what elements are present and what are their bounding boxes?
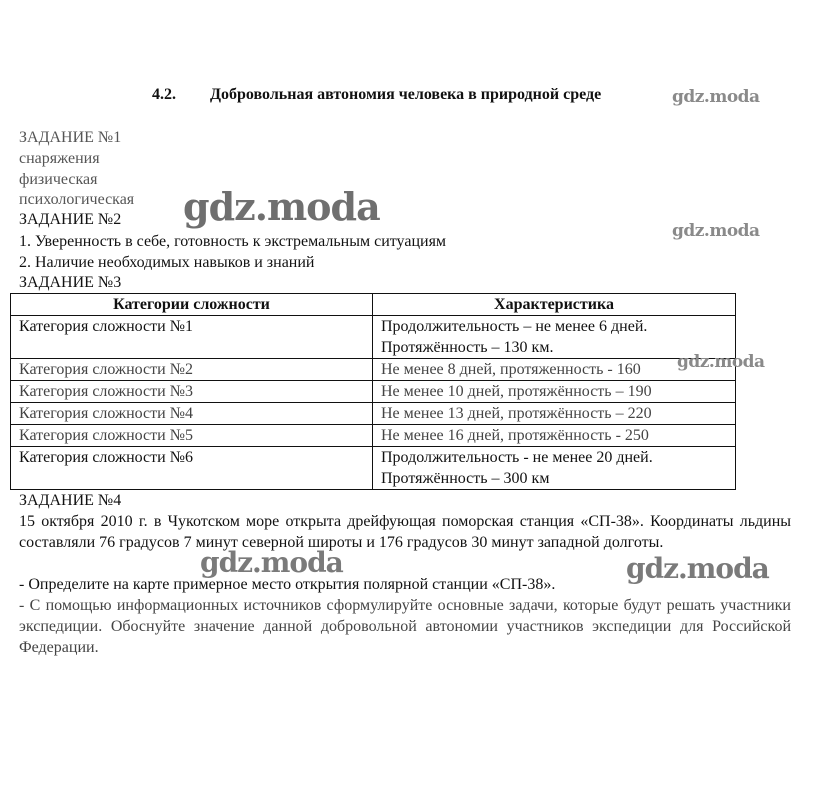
table-header-row: Категории сложности Характеристика <box>11 294 736 316</box>
difficulty-table: Категории сложности Характеристика Катег… <box>10 293 736 490</box>
table-row: Категория сложности №3 Не менее 10 дней,… <box>11 381 736 403</box>
watermark: gdz.moda <box>672 221 760 241</box>
section-title: Добровольная автономия человека в природ… <box>210 86 601 103</box>
characteristic-cell: Не менее 16 дней, протяжённость - 250 <box>373 425 736 447</box>
task2-label: ЗАДАНИЕ №2 <box>19 209 121 231</box>
section-heading: 4.2.Добровольная автономия человека в пр… <box>152 86 601 104</box>
characteristic-line: Продолжительность – не менее 6 дней. <box>381 316 727 337</box>
characteristic-line: Протяжённость – 300 км <box>381 468 727 489</box>
task1-item: психологическая <box>19 189 134 211</box>
category-cell: Категория сложности №6 <box>11 447 373 490</box>
category-cell: Категория сложности №3 <box>11 381 373 403</box>
task1-item: снаряжения <box>19 148 100 170</box>
category-cell: Категория сложности №5 <box>11 425 373 447</box>
column-header: Категории сложности <box>11 294 373 316</box>
task1-label: ЗАДАНИЕ №1 <box>19 127 121 149</box>
watermark: gdz.moda <box>626 552 769 585</box>
task2-item: 2. Наличие необходимых навыков и знаний <box>19 252 314 274</box>
characteristic-line: Продолжительность - не менее 20 дней. <box>381 447 727 468</box>
characteristic-cell: Не менее 13 дней, протяжённость – 220 <box>373 403 736 425</box>
task1-item: физическая <box>19 169 97 191</box>
column-header: Характеристика <box>373 294 736 316</box>
characteristic-line: Протяжённость – 130 км. <box>381 337 727 358</box>
task2-item: 1. Уверенность в себе, готовность к экст… <box>19 231 446 253</box>
table-row: Категория сложности №5 Не менее 16 дней,… <box>11 425 736 447</box>
task4-paragraph: 15 октября 2010 г. в Чукотском море откр… <box>19 511 791 553</box>
task4-bullet: - С помощью информационных источников сф… <box>19 595 791 658</box>
table-row: Категория сложности №2 Не менее 8 дней, … <box>11 359 736 381</box>
characteristic-cell: Продолжительность - не менее 20 дней. Пр… <box>373 447 736 490</box>
characteristic-cell: Не менее 10 дней, протяжённость – 190 <box>373 381 736 403</box>
watermark: gdz.moda <box>672 87 760 107</box>
table-row: Категория сложности №6 Продолжительность… <box>11 447 736 490</box>
table-row: Категория сложности №4 Не менее 13 дней,… <box>11 403 736 425</box>
task4-label: ЗАДАНИЕ №4 <box>19 490 121 512</box>
category-cell: Категория сложности №2 <box>11 359 373 381</box>
category-cell: Категория сложности №1 <box>11 316 373 359</box>
watermark: gdz.moda <box>677 352 765 372</box>
table-row: Категория сложности №1 Продолжительность… <box>11 316 736 359</box>
category-cell: Категория сложности №4 <box>11 403 373 425</box>
task3-label: ЗАДАНИЕ №3 <box>19 272 121 294</box>
watermark: gdz.moda <box>183 184 380 229</box>
section-number: 4.2. <box>152 86 210 104</box>
